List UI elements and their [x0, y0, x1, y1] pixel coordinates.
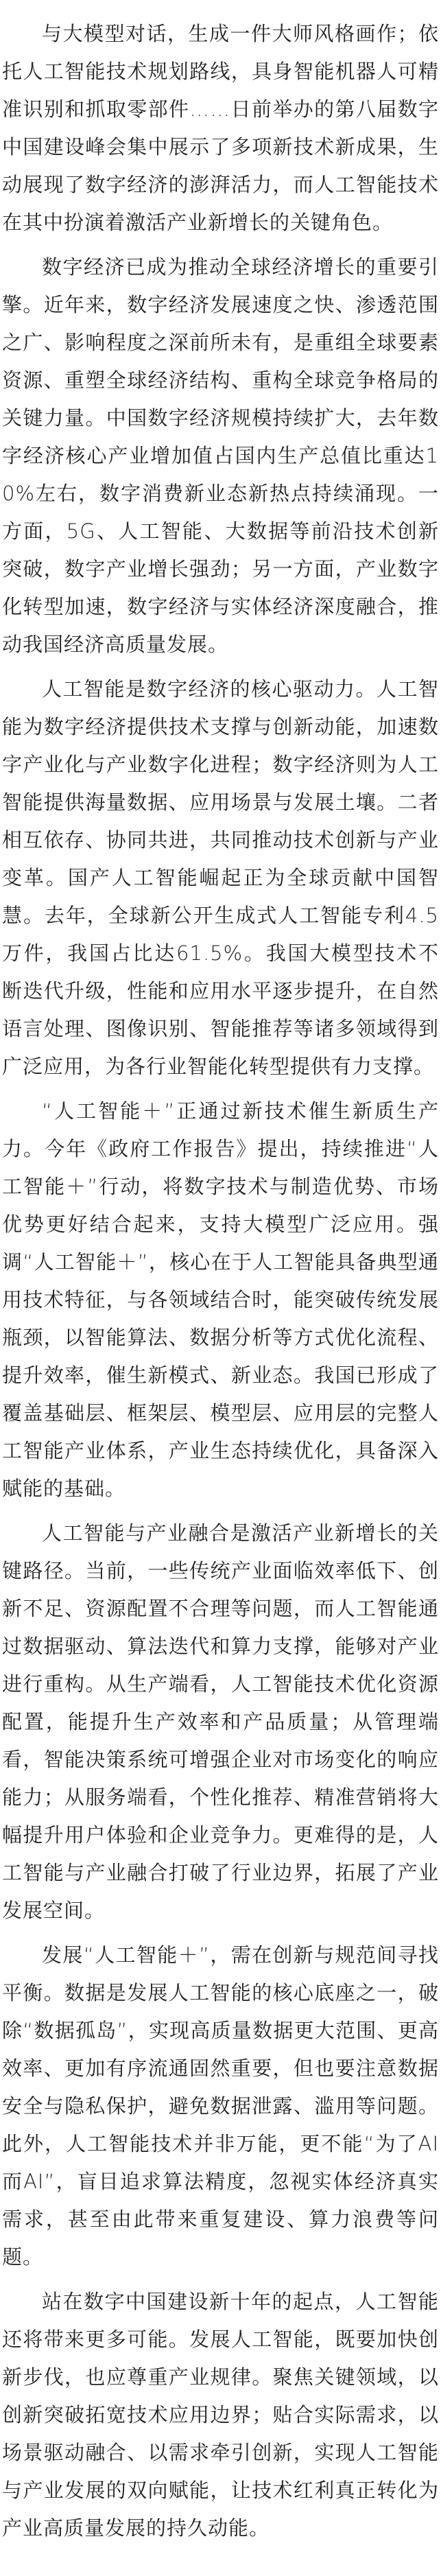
article-paragraph-4: “人工智能＋”正通过新技术催生新质生产力。今年《政府工作报告》提出，持续推进“人…	[2, 1092, 439, 1508]
article-paragraph-2: 数字经济已成为推动全球经济增长的重要引擎。近年来，数字经济发展速度之快、渗透范围…	[2, 248, 439, 664]
article-page: 与大模型对话，生成一件大师风格画作；依托人工智能技术规划路线，具身智能机器人可精…	[0, 0, 441, 2576]
article-paragraph-5: 人工智能与产业融合是激活产业新增长的关键路径。当前，一些传统产业面临效率低下、创…	[2, 1514, 439, 1930]
article-paragraph-7: 站在数字中国建设新十年的起点，人工智能还将带来更多可能。发展人工智能，既要加快创…	[2, 2283, 439, 2547]
article-paragraph-3: 人工智能是数字经济的核心驱动力。人工智能为数字经济提供技术支撑与创新动能，加速数…	[2, 670, 439, 1086]
article-paragraph-1: 与大模型对话，生成一件大师风格画作；依托人工智能技术规划路线，具身智能机器人可精…	[2, 15, 439, 242]
article-body: 与大模型对话，生成一件大师风格画作；依托人工智能技术规划路线，具身智能机器人可精…	[2, 15, 439, 2547]
article-paragraph-6: 发展“人工智能＋”，需在创新与规范间寻找平衡。数据是发展人工智能的核心底座之一，…	[2, 1936, 439, 2276]
